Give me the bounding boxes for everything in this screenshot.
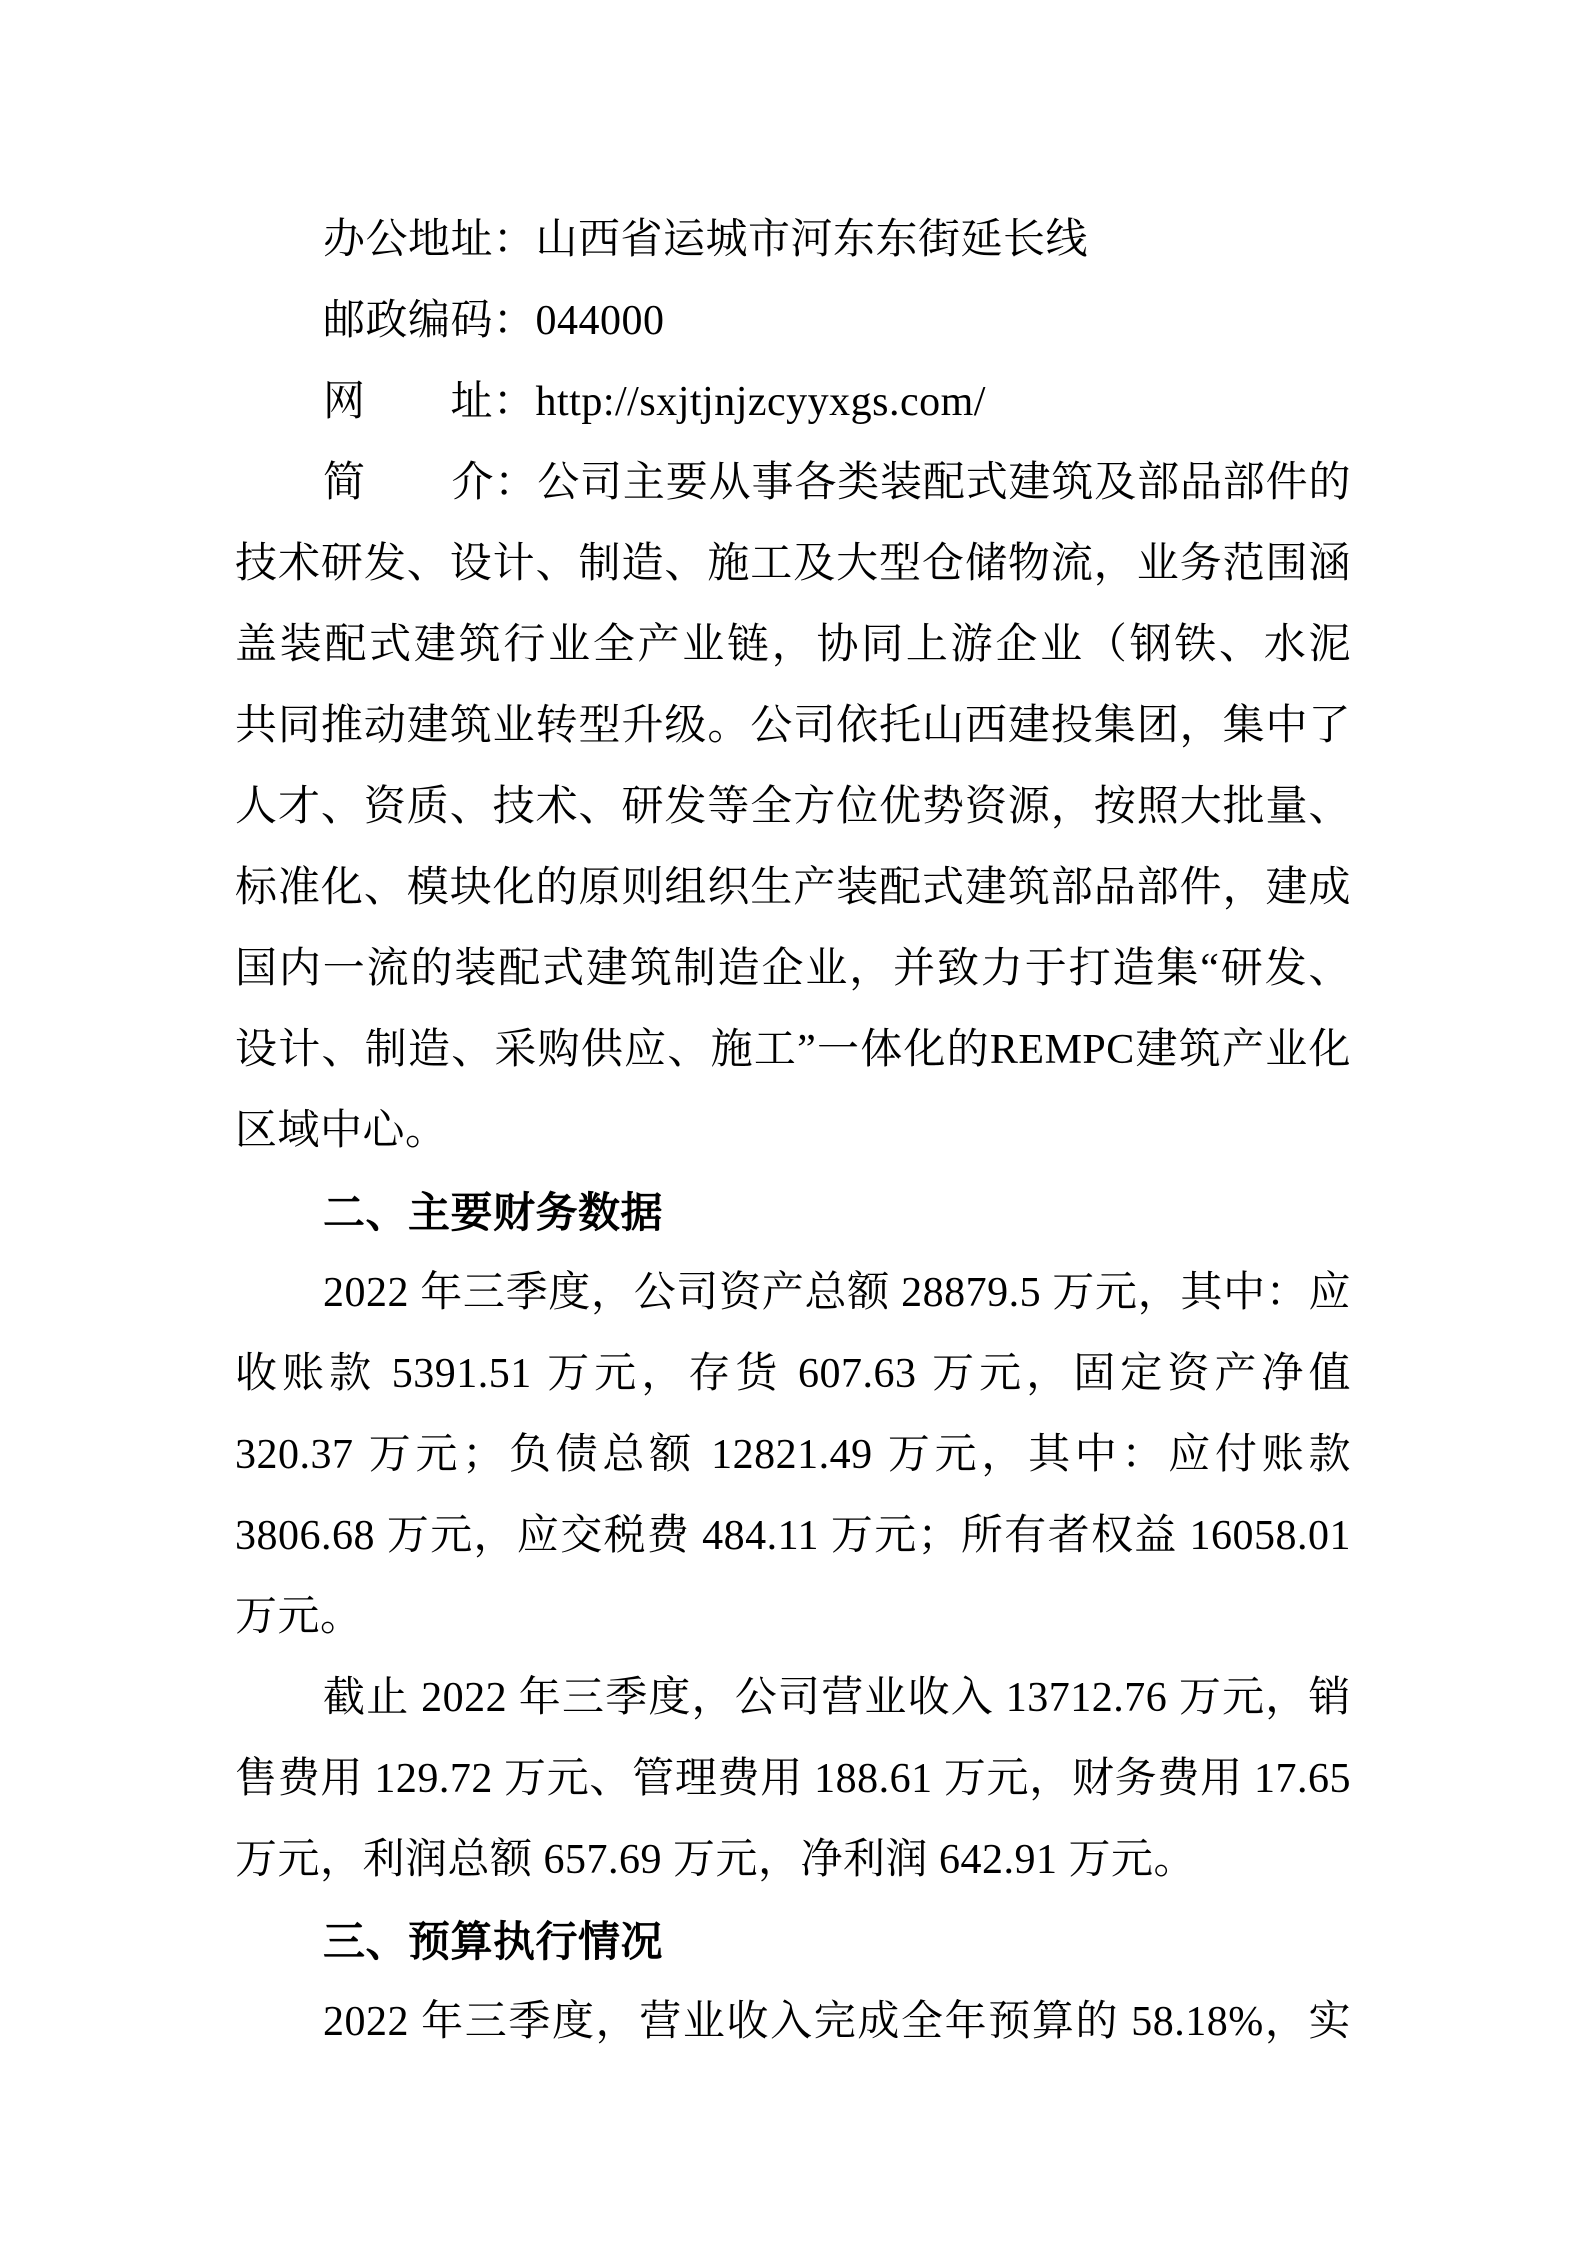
section-heading-financial: 二、主要财务数据 (235, 1172, 1351, 1253)
intro-line: 区域中心。 (235, 1091, 1351, 1172)
section-heading-budget: 三、预算执行情况 (235, 1901, 1351, 1982)
intro-line: 盖装配式建筑行业全产业链，协同上游企业（钢铁、水泥等） (235, 605, 1351, 686)
intro-line: 人才、资质、技术、研发等全方位优势资源，按照大批量、 (235, 767, 1351, 848)
website-line: 网 址：http://sxjtjnjzcyyxgs.com/ (235, 362, 1351, 443)
intro-line: 设计、制造、采购供应、施工”一体化的REMPC建筑产业化 (235, 1010, 1351, 1091)
financial-line: 2022 年三季度，公司资产总额 28879.5 万元，其中：应 (235, 1253, 1351, 1334)
page-content: 办公地址：山西省运城市河东东街延长线 邮政编码：044000 网 址：http:… (235, 200, 1351, 2063)
intro-line: 共同推动建筑业转型升级。公司依托山西建投集团，集中了 (235, 686, 1351, 767)
financial-line: 截止 2022 年三季度，公司营业收入 13712.76 万元，销 (235, 1658, 1351, 1739)
intro-line: 国内一流的装配式建筑制造企业，并致力于打造集“研发、 (235, 929, 1351, 1010)
intro-line: 标准化、模块化的原则组织生产装配式建筑部品部件，建成 (235, 848, 1351, 929)
financial-line: 万元，利润总额 657.69 万元，净利润 642.91 万元。 (235, 1820, 1351, 1901)
financial-line: 3806.68 万元，应交税费 484.11 万元；所有者权益 16058.01 (235, 1496, 1351, 1577)
intro-line: 简 介：公司主要从事各类装配式建筑及部品部件的 (235, 443, 1351, 524)
document-page: 办公地址：山西省运城市河东东街延长线 邮政编码：044000 网 址：http:… (0, 0, 1587, 2245)
budget-line: 2022 年三季度，营业收入完成全年预算的 58.18%，实现 (235, 1982, 1351, 2063)
postal-code-line: 邮政编码：044000 (235, 281, 1351, 362)
financial-line: 320.37 万元；负债总额 12821.49 万元，其中：应付账款 (235, 1415, 1351, 1496)
financial-line: 收账款 5391.51 万元，存货 607.63 万元，固定资产净值 (235, 1334, 1351, 1415)
office-address-line: 办公地址：山西省运城市河东东街延长线 (235, 200, 1351, 281)
financial-line: 万元。 (235, 1577, 1351, 1658)
intro-line: 技术研发、设计、制造、施工及大型仓储物流，业务范围涵 (235, 524, 1351, 605)
financial-line: 售费用 129.72 万元、管理费用 188.61 万元，财务费用 17.65 (235, 1739, 1351, 1820)
